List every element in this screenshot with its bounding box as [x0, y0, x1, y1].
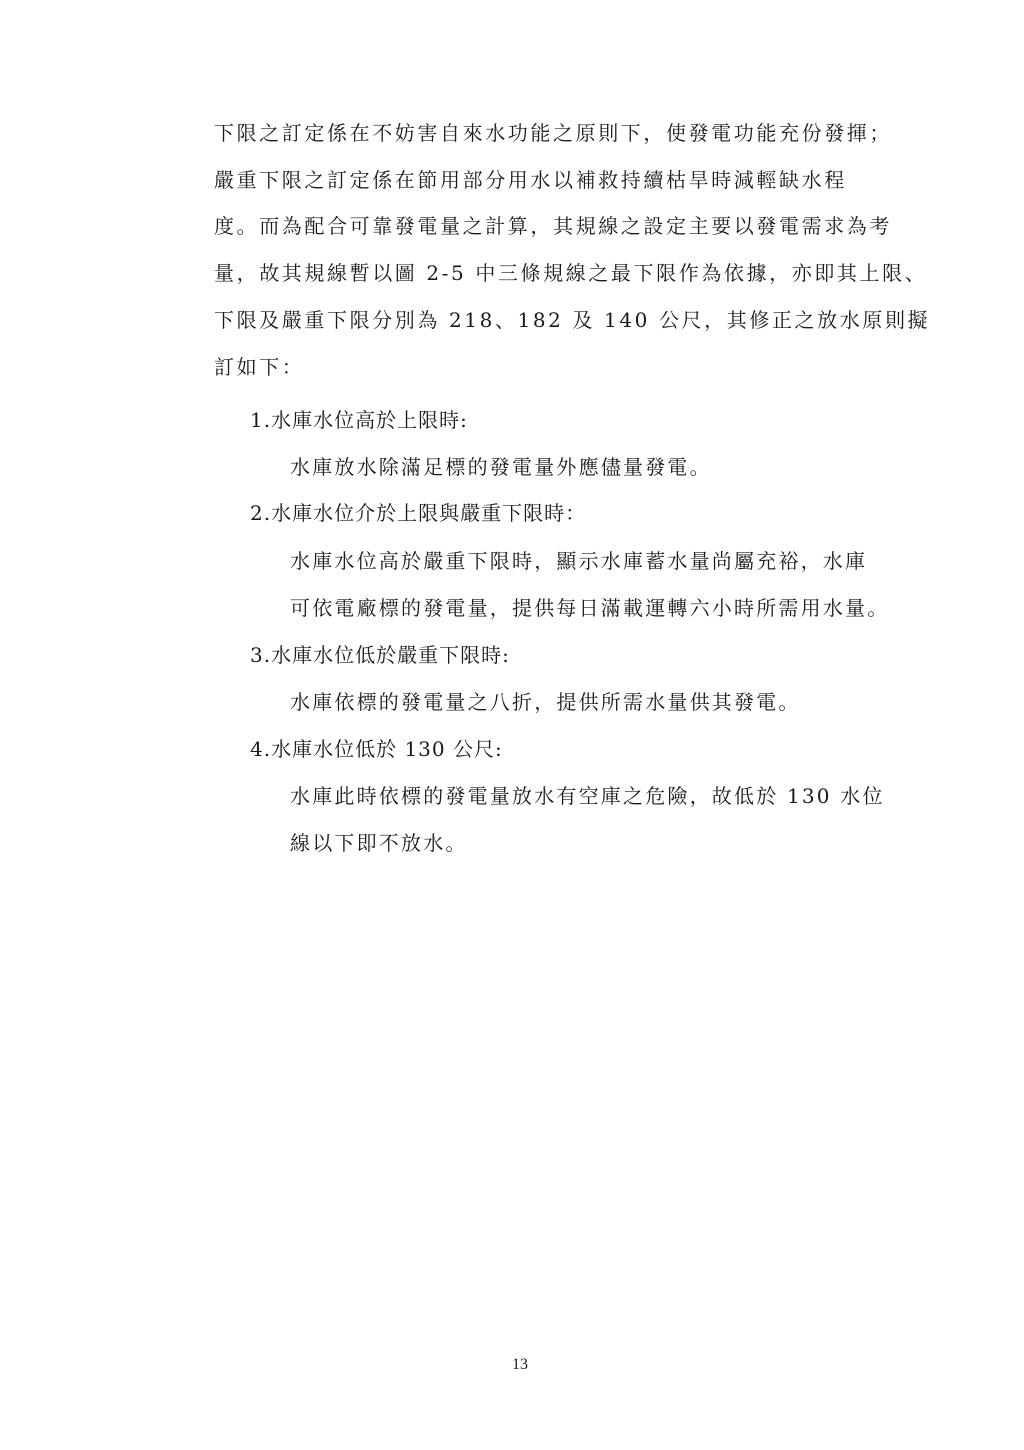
paragraph-line: 訂如下：: [214, 353, 304, 381]
paragraph-line: 下限及嚴重下限分別為 218、182 及 140 公尺，其修正之放水原則擬: [214, 306, 930, 334]
rule-body-line: 可依電廠標的發電量，提供每日滿載運轉六小時所需用水量。: [290, 594, 889, 622]
paragraph-line: 下限之訂定係在不妨害自來水功能之原則下，使發電功能充份發揮；: [214, 119, 892, 147]
rule-body-line: 線以下即不放水。: [290, 829, 468, 857]
paragraph-line: 嚴重下限之訂定係在節用部分用水以補救持續枯旱時減輕缺水程: [214, 166, 847, 194]
rule-body-line: 水庫水位高於嚴重下限時，顯示水庫蓄水量尚屬充裕，水庫: [290, 547, 867, 575]
rule-heading: 1.水庫水位高於上限時:: [250, 406, 468, 434]
rule-heading: 3.水庫水位低於嚴重下限時:: [250, 641, 510, 669]
rule-body-line: 水庫依標的發電量之八折，提供所需水量供其發電。: [290, 688, 801, 716]
document-page: 下限之訂定係在不妨害自來水功能之原則下，使發電功能充份發揮； 嚴重下限之訂定係在…: [0, 0, 1024, 1450]
rule-body-line: 水庫放水除滿足標的發電量外應儘量發電。: [290, 453, 712, 481]
page-number: 13: [0, 1356, 1024, 1374]
paragraph-line: 量，故其規線暫以圖 2-5 中三條規線之最下限作為依據，亦即其上限、: [214, 259, 927, 287]
paragraph-line: 度。而為配合可靠發電量之計算，其規線之設定主要以發電需求為考: [214, 212, 892, 240]
rule-heading: 4.水庫水位低於 130 公尺:: [250, 735, 503, 763]
rule-body-line: 水庫此時依標的發電量放水有空庫之危險，故低於 130 水位: [290, 782, 885, 810]
rule-heading: 2.水庫水位介於上限與嚴重下限時：: [250, 499, 586, 527]
